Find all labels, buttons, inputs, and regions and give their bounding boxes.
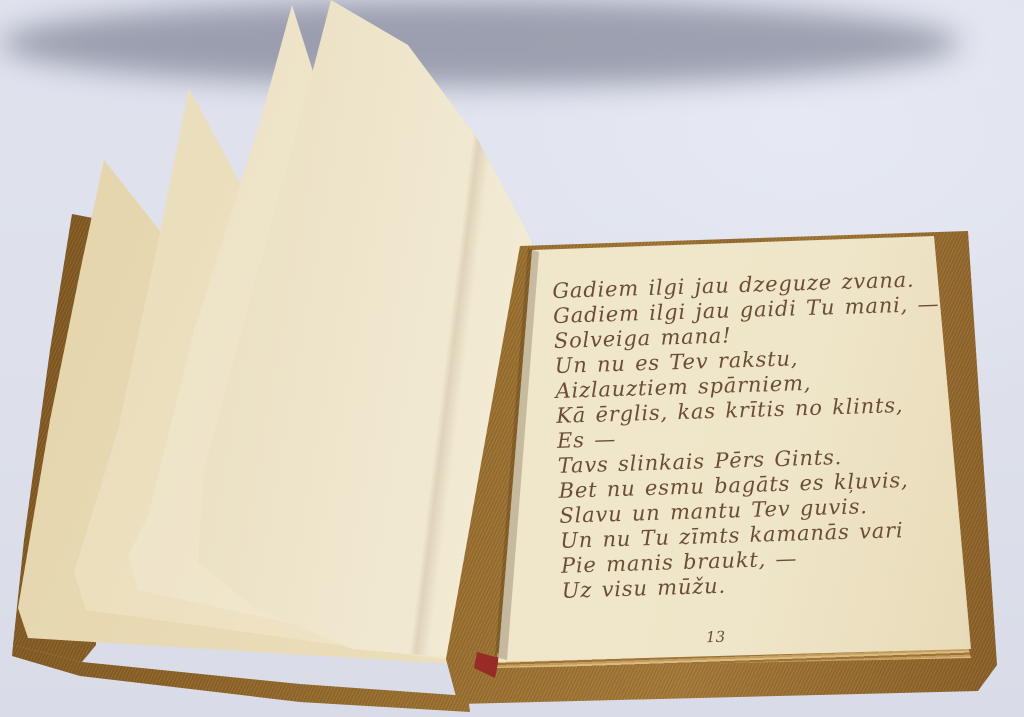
book-photograph: Gadiem ilgi jau dzeguze zvana. Gadiem il… <box>0 0 1024 717</box>
handwritten-poem: Gadiem ilgi jau dzeguze zvana. Gadiem il… <box>552 266 982 604</box>
page-number: 13 <box>706 628 726 647</box>
book-shadow <box>0 0 960 86</box>
